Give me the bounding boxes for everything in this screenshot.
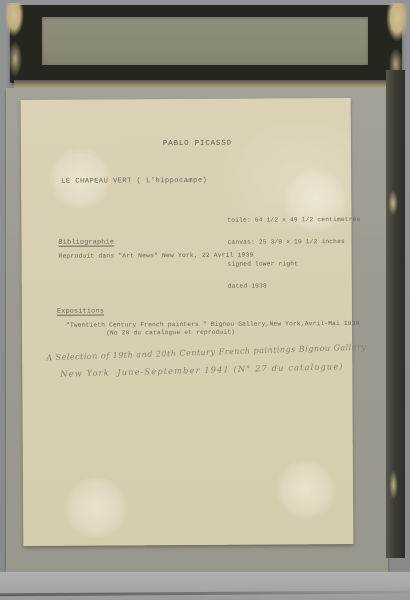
date-note: dated 1938 (228, 282, 361, 290)
bibliography-entry: Reproduit dans "Art News" New York, 22 A… (59, 252, 254, 260)
signature-note: signed lower right (228, 260, 361, 268)
exposition-entry-line1: "Twentieth Century French painters " Big… (66, 320, 360, 329)
fore-edge-wear-speck (388, 190, 398, 216)
artwork-title: LE CHAPEAU VERT ( L'hippocampe) (61, 177, 207, 186)
cover-corner-wear-left (6, 3, 32, 83)
artist-name: PABLO PICASSO (163, 140, 232, 148)
cover-inner-panel (42, 17, 368, 65)
cloth-binding-strip (0, 572, 410, 600)
handwritten-note-line1: A Selection of 19th and 20th Century Fre… (46, 342, 366, 362)
book-fore-edge (386, 70, 405, 558)
typed-catalogue-sheet: PABLO PICASSO LE CHAPEAU VERT ( L'hippoc… (21, 98, 354, 546)
exposition-entry-line2: (No 20 du catalogue et reproduit) (106, 329, 235, 337)
dimension-line-toile: toile: 64 1/2 x 49 1/2 centimetres (227, 216, 360, 224)
embossed-seal (275, 460, 337, 518)
bibliography-heading: Bibliographie (58, 238, 114, 246)
dimension-line-canvas: canvas: 25 3/8 x 19 1/2 inches (227, 238, 360, 246)
handwritten-note-line2: New York June-September 1941 (N° 27 du c… (60, 361, 344, 379)
expositions-heading: Expositions (57, 308, 104, 316)
embossed-seal (63, 477, 129, 537)
binding-seam (0, 591, 410, 597)
fore-edge-wear-speck (389, 470, 398, 500)
album-cover (10, 5, 402, 83)
photographed-archive-card: PABLO PICASSO LE CHAPEAU VERT ( L'hippoc… (0, 0, 410, 600)
